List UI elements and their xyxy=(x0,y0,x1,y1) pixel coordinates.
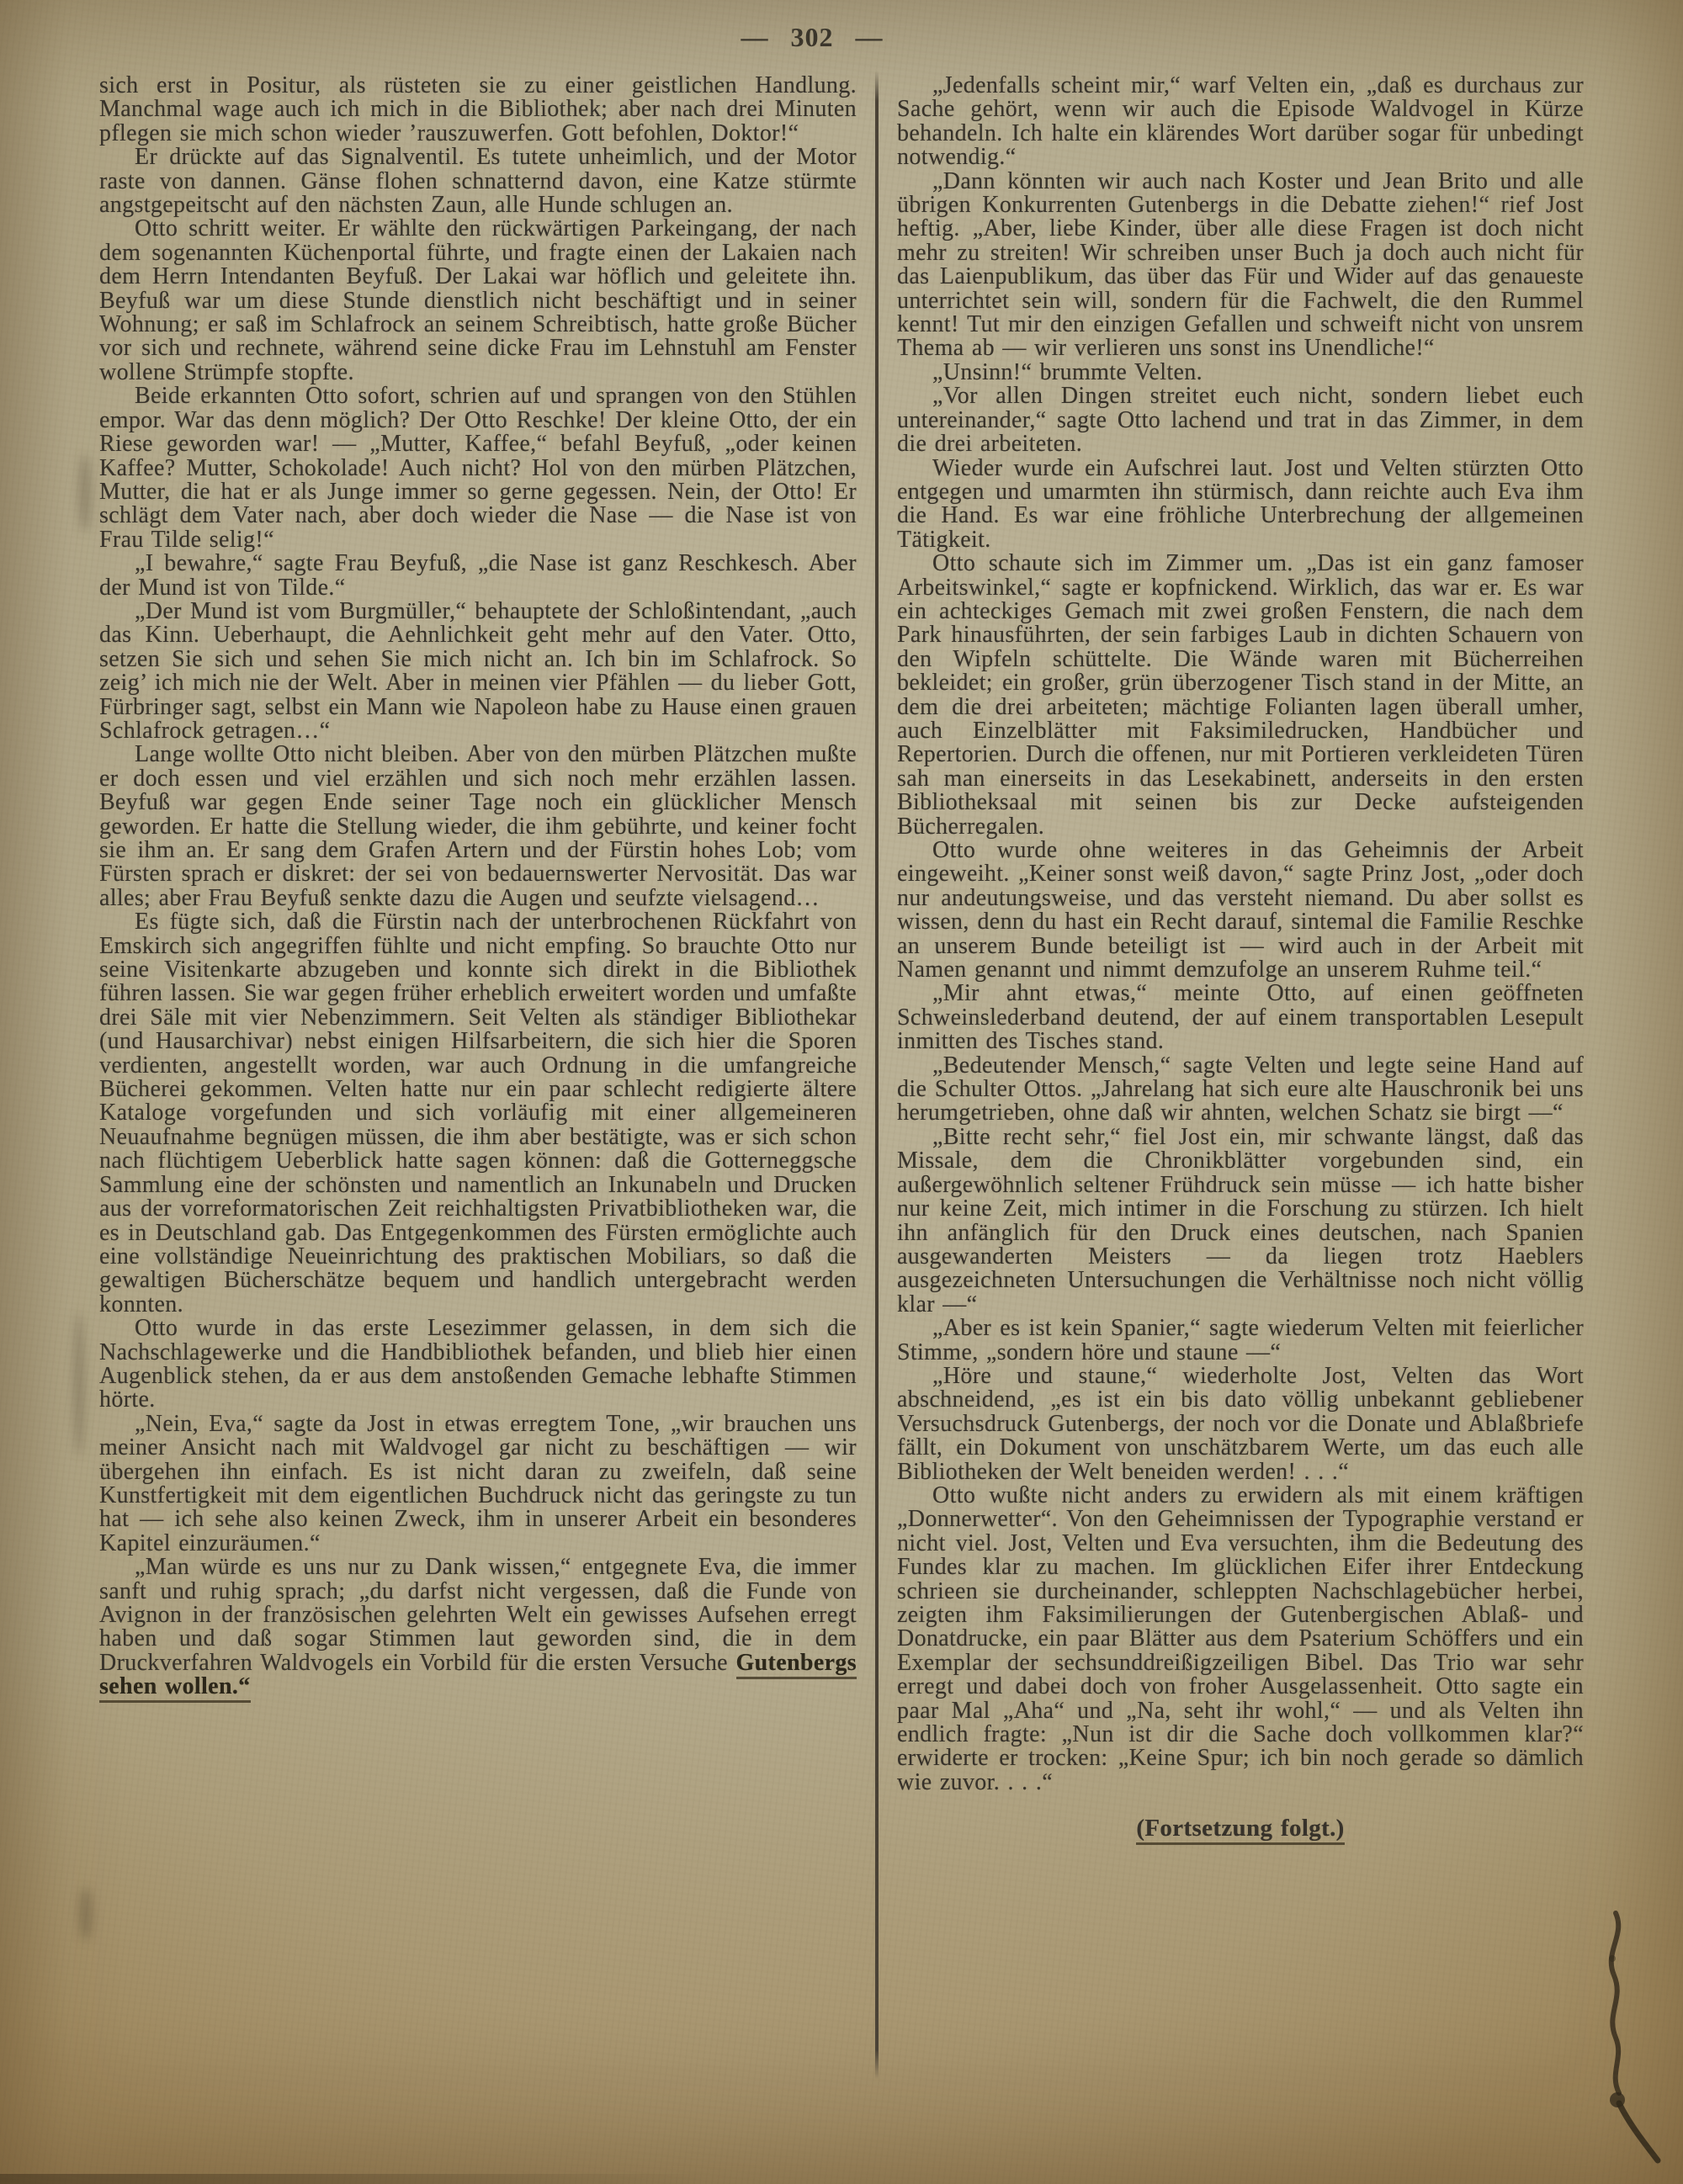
paragraph: Otto schritt weiter. Er wählte den rückw… xyxy=(99,217,857,384)
ink-blot-squiggle xyxy=(1567,1908,1676,2177)
paragraph: sich erst in Positur, als rüsteten sie z… xyxy=(99,74,857,146)
paragraph: Er drückte auf das Signalventil. Es tute… xyxy=(99,146,857,217)
paragraph: „Aber es ist kein Spanier,“ sagte wieder… xyxy=(897,1317,1584,1365)
paragraph: „Der Mund ist vom Burgmüller,“ behauptet… xyxy=(99,600,857,743)
column-divider-rule xyxy=(875,71,879,2080)
paragraph: Wieder wurde ein Aufschrei laut. Jost un… xyxy=(897,457,1584,553)
paragraph: „Man würde es uns nur zu Dank wissen,“ e… xyxy=(99,1556,857,1699)
page-header: —302— xyxy=(0,22,1624,53)
paragraph: „Nein, Eva,“ sagte da Jost in etwas erre… xyxy=(99,1413,857,1556)
margin-ink-smudge xyxy=(79,1888,93,1940)
left-column: sich erst in Positur, als rüsteten sie z… xyxy=(99,74,857,1699)
paragraph: „Jedenfalls scheint mir,“ warf Velten ei… xyxy=(897,74,1584,170)
paragraph: Otto wußte nicht anders zu erwidern als … xyxy=(897,1484,1584,1794)
paragraph: „Bedeutender Mensch,“ sagte Velten und l… xyxy=(897,1054,1584,1126)
paragraph: „Vor allen Dingen streitet euch nicht, s… xyxy=(897,384,1584,456)
paragraph: Otto wurde in das erste Lesezimmer gelas… xyxy=(99,1317,857,1413)
paragraph: „Höre und staune,“ wiederholte Jost, Vel… xyxy=(897,1365,1584,1484)
paragraph: Otto wurde ohne weiteres in das Geheimni… xyxy=(897,839,1584,982)
margin-ink-smudge xyxy=(79,454,91,532)
page-number: 302 xyxy=(791,22,834,52)
right-column: „Jedenfalls scheint mir,“ warf Velten ei… xyxy=(897,74,1584,1841)
header-dash-left: — xyxy=(741,22,769,52)
scanned-book-page: —302— sich erst in Positur, als rüsteten… xyxy=(0,0,1683,2184)
paragraph: „Mir ahnt etwas,“ meinte Otto, auf einen… xyxy=(897,982,1584,1053)
header-dash-right: — xyxy=(856,22,884,52)
scan-edge-shadow xyxy=(0,2174,1010,2184)
paragraph: Lange wollte Otto nicht bleiben. Aber vo… xyxy=(99,743,857,910)
paragraph: Es fügte sich, daß die Fürstin nach der … xyxy=(99,910,857,1317)
paragraph: „I bewahre,“ sagte Frau Beyfuß, „die Nas… xyxy=(99,552,857,600)
paragraph: Beide erkannten Otto sofort, schrien auf… xyxy=(99,384,857,552)
margin-ink-smudge xyxy=(74,1312,84,1455)
continuation-notice: (Fortsetzung folgt.) xyxy=(897,1816,1584,1840)
continuation-text: (Fortsetzung folgt.) xyxy=(1136,1815,1344,1845)
paragraph: „Dann könnten wir auch nach Koster und J… xyxy=(897,170,1584,361)
paragraph: „Bitte recht sehr,“ fiel Jost ein, mir s… xyxy=(897,1126,1584,1317)
paragraph: „Unsinn!“ brummte Velten. xyxy=(897,361,1584,384)
paragraph: Otto schaute sich im Zimmer um. „Das ist… xyxy=(897,552,1584,839)
